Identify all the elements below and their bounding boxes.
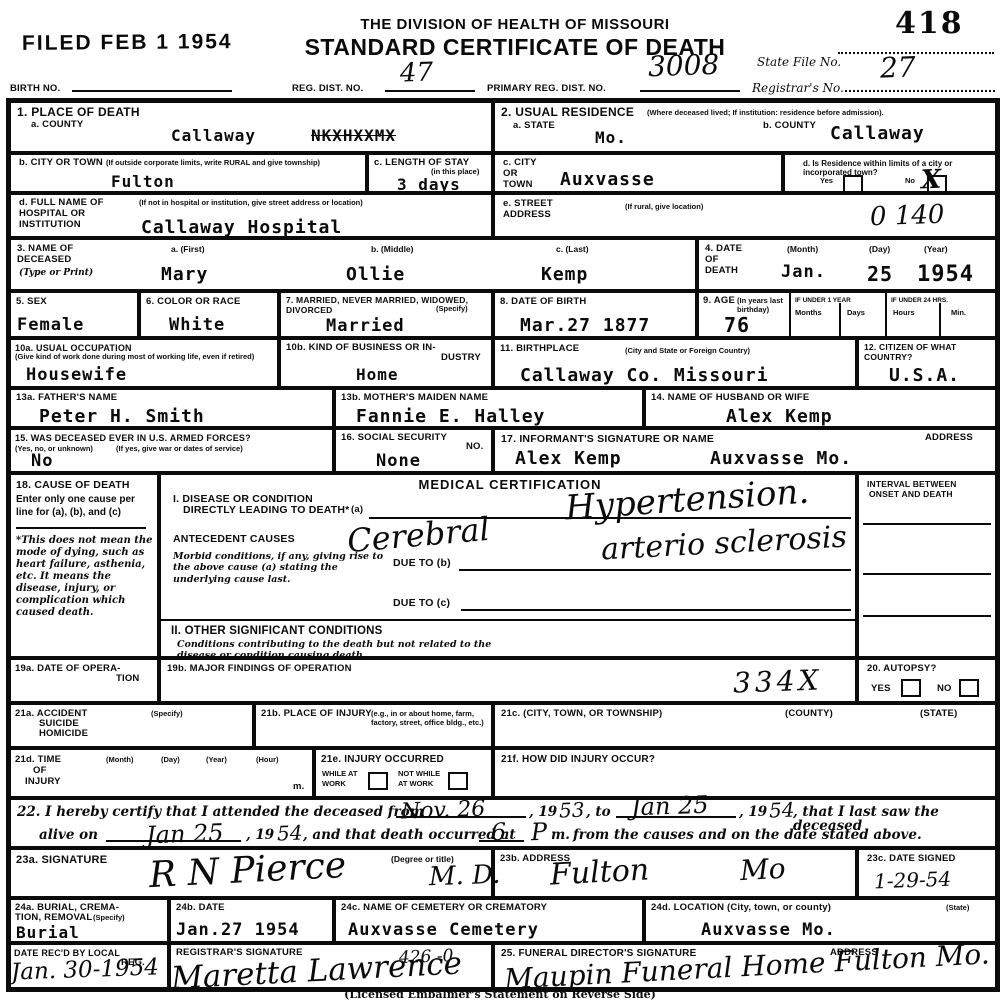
field-marital-status: 7. MARRIED, NEVER MARRIED, WIDOWED, DIVO… (279, 291, 493, 338)
hours-label: Hours (893, 309, 915, 318)
birth-date-label: 8. DATE OF BIRTH (500, 297, 586, 308)
field-cause-of-death-notes: 18. CAUSE OF DEATH Enter only one cause … (9, 473, 159, 658)
accident-label-3: HOMICIDE (39, 729, 88, 740)
father-label: 13a. FATHER'S NAME (16, 393, 117, 404)
operation-date-label-2: TION (116, 674, 140, 685)
age-divider-4 (939, 303, 941, 336)
first-name-label: a. (First) (171, 245, 205, 255)
city-value: Fulton (111, 174, 175, 190)
county-strikeout: NKXHXXMX (311, 128, 396, 144)
injury-day-label: (Day) (161, 756, 180, 765)
signature-label: 23a. SIGNATURE (16, 854, 107, 867)
findings-handwriting: 334X (733, 666, 823, 697)
injury-state-label: (STATE) (920, 709, 957, 720)
interval-label-2: ONSET AND DEATH (869, 490, 953, 500)
informant-address-label: ADDRESS (925, 433, 973, 444)
field-usual-occupation: 10a. USUAL OCCUPATION (Give kind of work… (9, 338, 279, 388)
line-b-label: DUE TO (b) (393, 557, 451, 569)
race-value: White (169, 317, 225, 334)
field-social-security: 16. SOCIAL SECURITY NO. None (334, 428, 493, 473)
field-informant: 17. INFORMANT'S SIGNATURE OR NAME ADDRES… (493, 428, 997, 473)
ssn-label: 16. SOCIAL SECURITY (341, 433, 447, 444)
limits-label: d. Is Residence within limits of a city … (803, 159, 983, 177)
certify-ampm-value: P (531, 820, 548, 845)
sex-label: 5. SEX (16, 297, 47, 308)
date-signed-label: 23c. DATE SIGNED (867, 854, 956, 865)
mother-value: Fannie E. Halley (356, 408, 545, 426)
cause-label: 18. CAUSE OF DEATH (16, 479, 130, 491)
field-accident-suicide-homicide: 21a. ACCIDENT SUICIDE HOMICIDE (Specify) (9, 703, 254, 748)
field-father-name: 13a. FATHER'S NAME Peter H. Smith (9, 388, 334, 428)
field-street-address: e. STREET ADDRESS (If rural, give locati… (493, 193, 997, 238)
field-residence-city: c. CITY OR TOWN Auxvasse (493, 153, 783, 193)
street-label: e. STREET ADDRESS (503, 199, 558, 221)
primary-reg-line (640, 90, 740, 92)
certify-to-line (616, 816, 736, 818)
sex-value: Female (17, 317, 84, 334)
field-mother-name: 13b. MOTHER'S MAIDEN NAME Fannie E. Hall… (334, 388, 644, 428)
findings-label: 19b. MAJOR FINDINGS OF OPERATION (167, 664, 352, 675)
business-label-2: DUSTRY (441, 353, 481, 364)
field-citizen: 12. CITIZEN OF WHAT COUNTRY? U.S.A. (857, 338, 997, 388)
injury-occurred-label: 21e. INJURY OCCURRED (321, 754, 444, 766)
birth-no-line (72, 90, 232, 92)
field-age: 9. AGE (In years last birthday) 76 IF UN… (697, 291, 997, 338)
physician-signature-handwriting: R N Pierce (148, 848, 347, 894)
address-handwriting: Fulton (549, 855, 650, 890)
burial-location-value: Auxvasse Mo. (701, 922, 836, 939)
burial-location-label: 24d. LOCATION (City, town, or county) (651, 903, 831, 914)
age-note: (In years last birthday) (737, 297, 792, 314)
section-ii-divider (161, 619, 855, 621)
marital-note: (Specify) (436, 305, 468, 314)
registrar-no-line (845, 90, 995, 92)
interval-line-a (863, 523, 991, 525)
county-value: Callaway (171, 128, 256, 144)
county-label: a. COUNTY (31, 120, 83, 131)
field-how-injury-occurred: 21f. HOW DID INJURY OCCUR? (493, 748, 997, 798)
autopsy-label: 20. AUTOPSY? (867, 664, 936, 675)
months-label: Months (795, 309, 822, 318)
ssn-value: None (376, 453, 421, 470)
certify-line2-pre: alive on (39, 829, 98, 843)
death-day-value: 25 (867, 264, 893, 284)
burial-date-label: 24b. DATE (176, 903, 225, 914)
field-injury-city: 21c. (CITY, TOWN, OR TOWNSHIP) (COUNTY) … (493, 703, 997, 748)
field-injury-occurred: 21e. INJURY OCCURRED WHILE AT WORK NOT W… (314, 748, 493, 798)
cemetery-label: 24c. NAME OF CEMETERY OR CREMATORY (341, 903, 547, 914)
field-physician-address: 23b. ADDRESS Fulton Mo (493, 848, 857, 898)
residence-county-label: b. COUNTY (763, 121, 816, 132)
death-month-value: Jan. (781, 264, 826, 281)
name-note: (Type or Print) (19, 268, 93, 279)
autopsy-no-label: NO (937, 684, 952, 695)
how-injury-label: 21f. HOW DID INJURY OCCUR? (501, 754, 655, 766)
age-divider-1 (789, 293, 791, 336)
under-1-year-label: IF UNDER 1 YEAR (795, 297, 851, 304)
field-certification-statement: 22. I hereby certify that I attended the… (9, 798, 997, 848)
cause-divider (16, 527, 146, 529)
armed-value: No (31, 453, 53, 470)
time-injury-label-3: INJURY (25, 777, 61, 788)
age-label: 9. AGE (703, 296, 735, 307)
field-interval: INTERVAL BETWEEN ONSET AND DEATH (857, 473, 997, 658)
while-at-work-label-2: WORK (322, 780, 346, 789)
while-at-work-checkbox (368, 772, 388, 790)
death-year-label: (Year) (924, 245, 948, 255)
residence-city-label: c. CITY OR TOWN (503, 158, 543, 191)
state-file-line (838, 52, 994, 54)
name-label: 3. NAME OF DECEASED (17, 244, 107, 266)
certify-m-label: m. (551, 829, 570, 843)
line-c-underline (461, 609, 851, 611)
operation-date-label-1: 19a. DATE OF OPERA- (15, 664, 121, 675)
certify-year3-value: 54 (277, 823, 303, 844)
certify-from-line (396, 816, 526, 818)
interval-line-b (863, 573, 991, 575)
min-label: Min. (951, 309, 966, 318)
certify-year1-value: 53 (559, 800, 585, 821)
informant-label: 17. INFORMANT'S SIGNATURE OR NAME (501, 433, 714, 445)
date-signed-handwriting: 1-29-54 (874, 869, 952, 892)
line-b-underline (459, 569, 851, 571)
burial-value: Burial (16, 925, 80, 941)
middle-name-value: Ollie (346, 266, 405, 284)
field-burial-type: 24a. BURIAL, CREMA- TION, REMOVAL (Speci… (9, 898, 169, 943)
field-sex: 5. SEX Female (9, 291, 139, 338)
death-day-label: (Day) (869, 245, 890, 255)
field-cemetery: 24c. NAME OF CEMETERY OR CREMATORY Auxva… (334, 898, 644, 943)
field-place-of-injury: 21b. PLACE OF INJURY (e.g., in or about … (254, 703, 493, 748)
burial-date-value: Jan.27 1954 (176, 922, 300, 939)
marital-value: Married (326, 318, 405, 335)
field-residence-limits: d. Is Residence within limits of a city … (783, 153, 997, 193)
place-injury-note: (e.g., in or about home, farm, factory, … (371, 710, 489, 727)
birthplace-label: 11. BIRTHPLACE (500, 344, 579, 355)
place-injury-label: 21b. PLACE OF INJURY (261, 709, 372, 720)
certify-line1-pre: 22. I hereby certify that I attended the… (17, 806, 424, 820)
injury-month-label: (Month) (106, 756, 133, 765)
limits-no-label: No (905, 177, 915, 186)
occupation-value: Housewife (26, 367, 127, 384)
not-while-label-2: AT WORK (398, 780, 433, 789)
last-name-label: c. (Last) (556, 245, 589, 255)
antecedent-label: ANTECEDENT CAUSES (173, 533, 295, 545)
while-at-work-label-1: WHILE AT (322, 770, 357, 779)
certify-to-word: , to (586, 806, 611, 820)
age-value: 76 (724, 315, 750, 335)
death-year-value: 1954 (917, 264, 974, 286)
certify-year3-pre: , 19 (246, 829, 274, 843)
spouse-value: Alex Kemp (726, 408, 833, 426)
reg-dist-value: 47 (400, 59, 434, 86)
date-of-death-label: 4. DATE OF DEATH (705, 244, 750, 277)
registrar-no-value: 27 (880, 53, 917, 82)
autopsy-yes-checkbox (901, 679, 921, 697)
residence-state-label: a. STATE (513, 121, 555, 132)
limits-yes-checkbox (843, 175, 863, 193)
limits-no-mark: X (921, 167, 942, 194)
field-hospital-name: d. FULL NAME OF HOSPITAL OR INSTITUTION … (9, 193, 493, 238)
field-usual-residence: 2. USUAL RESIDENCE (Where deceased lived… (493, 101, 997, 153)
business-value: Home (356, 367, 399, 383)
injury-hour-label: (Hour) (256, 756, 279, 765)
certificate-body: 1. PLACE OF DEATH a. COUNTY Callaway NKX… (6, 98, 1000, 992)
ssn-no-label: NO. (466, 442, 484, 453)
death-month-label: (Month) (787, 245, 818, 255)
field-date-of-death: 4. DATE OF DEATH (Month) (Day) (Year) Ja… (697, 238, 997, 291)
armed-note-2: (If yes, give war or dates of service) (116, 445, 316, 454)
primary-reg-label: PRIMARY REG. DIST. NO. (487, 84, 606, 95)
accident-note: (Specify) (151, 710, 183, 719)
days-label: Days (847, 309, 865, 318)
injury-county-label: (COUNTY) (785, 709, 833, 720)
not-while-checkbox (448, 772, 468, 790)
field-color-or-race: 6. COLOR OR RACE White (139, 291, 279, 338)
usual-residence-label: 2. USUAL RESIDENCE (501, 106, 634, 120)
citizen-value: U.S.A. (889, 367, 960, 385)
autopsy-yes-label: YES (871, 684, 891, 695)
middle-name-label: b. (Middle) (371, 245, 414, 255)
field-spouse-name: 14. NAME OF HUSBAND OR WIFE Alex Kemp (644, 388, 997, 428)
other-conditions-label: II. OTHER SIGNIFICANT CONDITIONS (171, 625, 383, 638)
birth-no-label: BIRTH NO. (10, 84, 60, 95)
place-of-death-label: 1. PLACE OF DEATH (17, 106, 140, 120)
field-burial-location: 24d. LOCATION (City, town, or county) (S… (644, 898, 997, 943)
line-c-label: DUE TO (c) (393, 597, 450, 609)
field-major-findings: 19b. MAJOR FINDINGS OF OPERATION 334X (159, 658, 857, 703)
cause-instruction: Enter only one cause per line for (a), (… (16, 493, 151, 519)
armed-note: (Yes, no, or unknown) (15, 445, 93, 454)
street-value: 0 140 (870, 202, 945, 231)
embalmer-note: (Licensed Embalmer's Statement on Revers… (0, 988, 1000, 1001)
certificate-number: 418 (895, 6, 964, 41)
field-birthplace: 11. BIRTHPLACE (City and State or Foreig… (493, 338, 857, 388)
field-city-or-town: b. CITY OR TOWN (If outside corporate li… (9, 153, 367, 193)
armed-label: 15. WAS DECEASED EVER IN U.S. ARMED FORC… (15, 433, 251, 443)
residence-state-value: Mo. (595, 130, 627, 146)
field-name-of-deceased: 3. NAME OF DECEASED (Type or Print) a. (… (9, 238, 697, 291)
reg-dist-label: REG. DIST. NO. (292, 84, 363, 95)
birthplace-value: Callaway Co. Missouri (520, 367, 769, 385)
reg-dist-line (385, 90, 475, 92)
death-certificate: FILED FEB 1 1954 THE DIVISION OF HEALTH … (0, 0, 1000, 1008)
field-armed-forces: 15. WAS DECEASED EVER IN U.S. ARMED FORC… (9, 428, 334, 473)
autopsy-no-checkbox (959, 679, 979, 697)
age-divider-2 (839, 303, 841, 336)
disease-label-2: DIRECTLY LEADING TO DEATH* (183, 504, 349, 516)
state-file-label: State File No. (757, 56, 841, 68)
field-place-of-death-county: 1. PLACE OF DEATH a. COUNTY Callaway NKX… (9, 101, 493, 153)
cemetery-value: Auxvasse Cemetery (348, 922, 539, 939)
field-length-of-stay: c. LENGTH OF STAY (in this place) 3 days (367, 153, 493, 193)
certify-hour-line (479, 840, 524, 842)
filed-stamp: FILED FEB 1 1954 (22, 31, 233, 54)
field-autopsy: 20. AUTOPSY? YES NO (857, 658, 997, 703)
residence-city-value: Auxvasse (560, 171, 655, 189)
certify-alive-line (106, 840, 241, 842)
street-note: (If rural, give location) (625, 203, 703, 212)
age-divider-3 (885, 293, 887, 336)
line-a-label: (a) (351, 505, 363, 516)
occupation-note: (Give kind of work done during most of w… (15, 353, 265, 362)
city-label: b. CITY OR TOWN (19, 158, 103, 169)
hospital-label: d. FULL NAME OF HOSPITAL OR INSTITUTION (19, 198, 139, 231)
limits-yes-label: Yes (820, 177, 833, 186)
residence-county-value: Callaway (830, 125, 925, 143)
primary-reg-value: 3008 (648, 51, 720, 81)
hospital-value: Callaway Hospital (141, 219, 342, 237)
certify-alive-value: Jan 25 (146, 821, 224, 848)
stay-value: 3 days (397, 177, 461, 193)
birthplace-note: (City and State or Foreign Country) (625, 347, 750, 356)
injury-city-label: 21c. (CITY, TOWN, OR TOWNSHIP) (501, 709, 662, 720)
race-label: 6. COLOR OR RACE (146, 297, 241, 308)
interval-line-c (863, 615, 991, 617)
first-name-value: Mary (161, 266, 208, 284)
address-handwriting-2: Mo (739, 855, 786, 885)
field-date-signed: 23c. DATE SIGNED 1-29-54 (857, 848, 997, 898)
date-received-handwriting: Jan. 30-1954 (11, 956, 160, 984)
certify-year2-value: 54 (769, 800, 795, 821)
usual-residence-note: (Where deceased lived; If institution: r… (647, 109, 992, 118)
business-label: 10b. KIND OF BUSINESS OR IN- (286, 343, 436, 354)
org-title: THE DIVISION OF HEALTH OF MISSOURI (280, 16, 750, 33)
father-value: Peter H. Smith (39, 408, 205, 426)
field-time-of-injury: 21d. TIME OF INJURY (Month) (Day) (Year)… (9, 748, 314, 798)
hospital-note: (If not in hospital or institution, give… (139, 199, 489, 208)
certify-year2-pre: , 19 (739, 806, 767, 820)
burial-location-note: (State) (946, 904, 969, 913)
citizen-label: 12. CITIZEN OF WHAT COUNTRY? (864, 343, 984, 363)
registrar-no-label: Registrar's No. (752, 82, 844, 94)
cause-footnote: *This does not mean the mode of dying, s… (16, 535, 153, 619)
informant-address-value: Auxvasse Mo. (710, 450, 852, 468)
certify-line2-post: from the causes and on the date stated a… (573, 829, 922, 843)
spouse-label: 14. NAME OF HUSBAND OR WIFE (651, 393, 809, 404)
birth-date-value: Mar.27 1877 (520, 317, 650, 335)
city-note: (If outside corporate limits, write RURA… (106, 159, 356, 168)
not-while-label-1: NOT WHILE (398, 770, 440, 779)
injury-year-label: (Year) (206, 756, 227, 765)
mother-label: 13b. MOTHER'S MAIDEN NAME (341, 393, 488, 404)
field-kind-of-business: 10b. KIND OF BUSINESS OR IN- DUSTRY Home (279, 338, 493, 388)
field-burial-date: 24b. DATE Jan.27 1954 (169, 898, 334, 943)
burial-note: (Specify) (93, 914, 125, 923)
last-name-value: Kemp (541, 266, 588, 284)
field-date-of-operation: 19a. DATE OF OPERA- TION (9, 658, 159, 703)
degree-handwriting: M. D. (429, 862, 501, 890)
certify-from-value: Nov. 26 (401, 799, 486, 824)
injury-m-label: m. (293, 782, 305, 793)
field-date-of-birth: 8. DATE OF BIRTH Mar.27 1877 (493, 291, 697, 338)
informant-value: Alex Kemp (515, 450, 622, 468)
